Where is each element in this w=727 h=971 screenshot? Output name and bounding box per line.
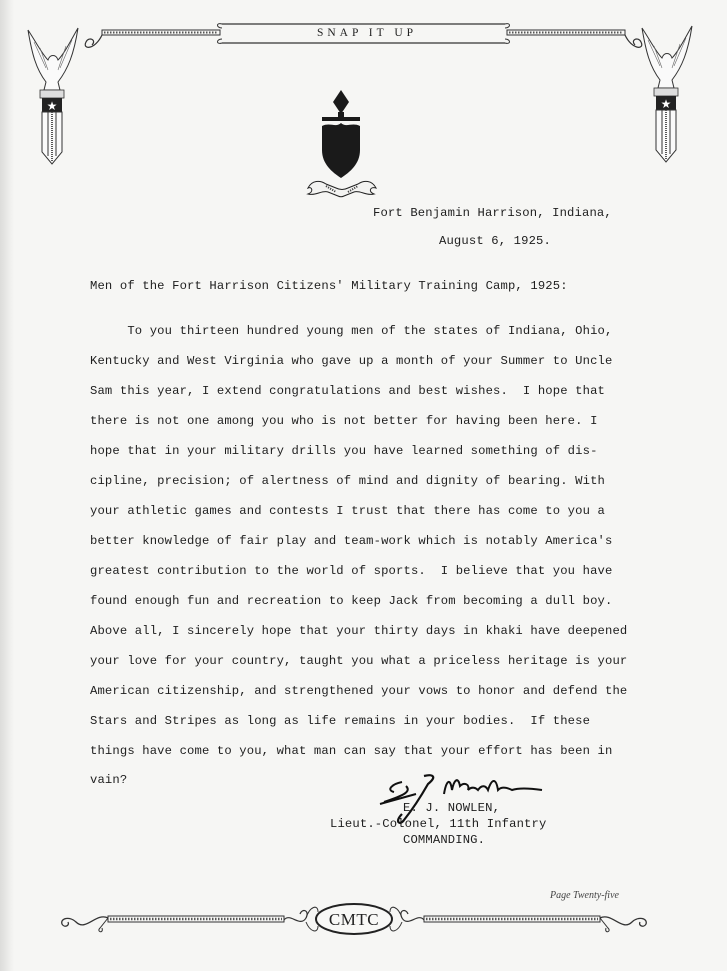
signatory-title: COMMANDING. (403, 832, 485, 848)
signatory-rank: Lieut.-Colonel, 11th Infantry (330, 816, 546, 832)
signatory-name: E. J. NOWLEN, (403, 800, 500, 816)
svg-text:★: ★ (47, 99, 58, 113)
letter-salutation: Men of the Fort Harrison Citizens' Milit… (90, 278, 568, 294)
letter-date: August 6, 1925. (439, 233, 551, 249)
body-line: vain? (90, 772, 127, 788)
body-line: cipline, precision; of alertness of mind… (90, 473, 605, 489)
body-line: Stars and Stripes as long as life remain… (90, 713, 590, 729)
body-line: Kentucky and West Virginia who gave up a… (90, 353, 612, 369)
letter-place: Fort Benjamin Harrison, Indiana, (373, 205, 612, 221)
body-line: better knowledge of fair play and team-w… (90, 533, 612, 549)
cmtc-emblem-label: CMTC (318, 907, 390, 933)
eagle-emblem-icon: ★ (636, 22, 696, 167)
page-edge-shadow (0, 0, 14, 971)
body-line: hope that in your military drills you ha… (90, 443, 598, 459)
body-line: found enough fun and recreation to keep … (90, 593, 612, 609)
eagle-emblem-icon: ★ (22, 24, 82, 169)
body-line: there is not one among you who is not be… (90, 413, 598, 429)
regimental-crest-icon (300, 88, 382, 198)
svg-text:★: ★ (661, 97, 672, 111)
body-line: To you thirteen hundred young men of the… (90, 323, 612, 339)
body-line: American citizenship, and strengthened y… (90, 683, 627, 699)
body-line: greatest contribution to the world of sp… (90, 563, 612, 579)
body-line: things have come to you, what man can sa… (90, 743, 612, 759)
body-line: Sam this year, I extend congratulations … (90, 383, 605, 399)
body-line: Above all, I sincerely hope that your th… (90, 623, 627, 639)
body-line: your athletic games and contests I trust… (90, 503, 605, 519)
body-line: your love for your country, taught you w… (90, 653, 627, 669)
banner-title: SNAP IT UP (226, 22, 508, 44)
